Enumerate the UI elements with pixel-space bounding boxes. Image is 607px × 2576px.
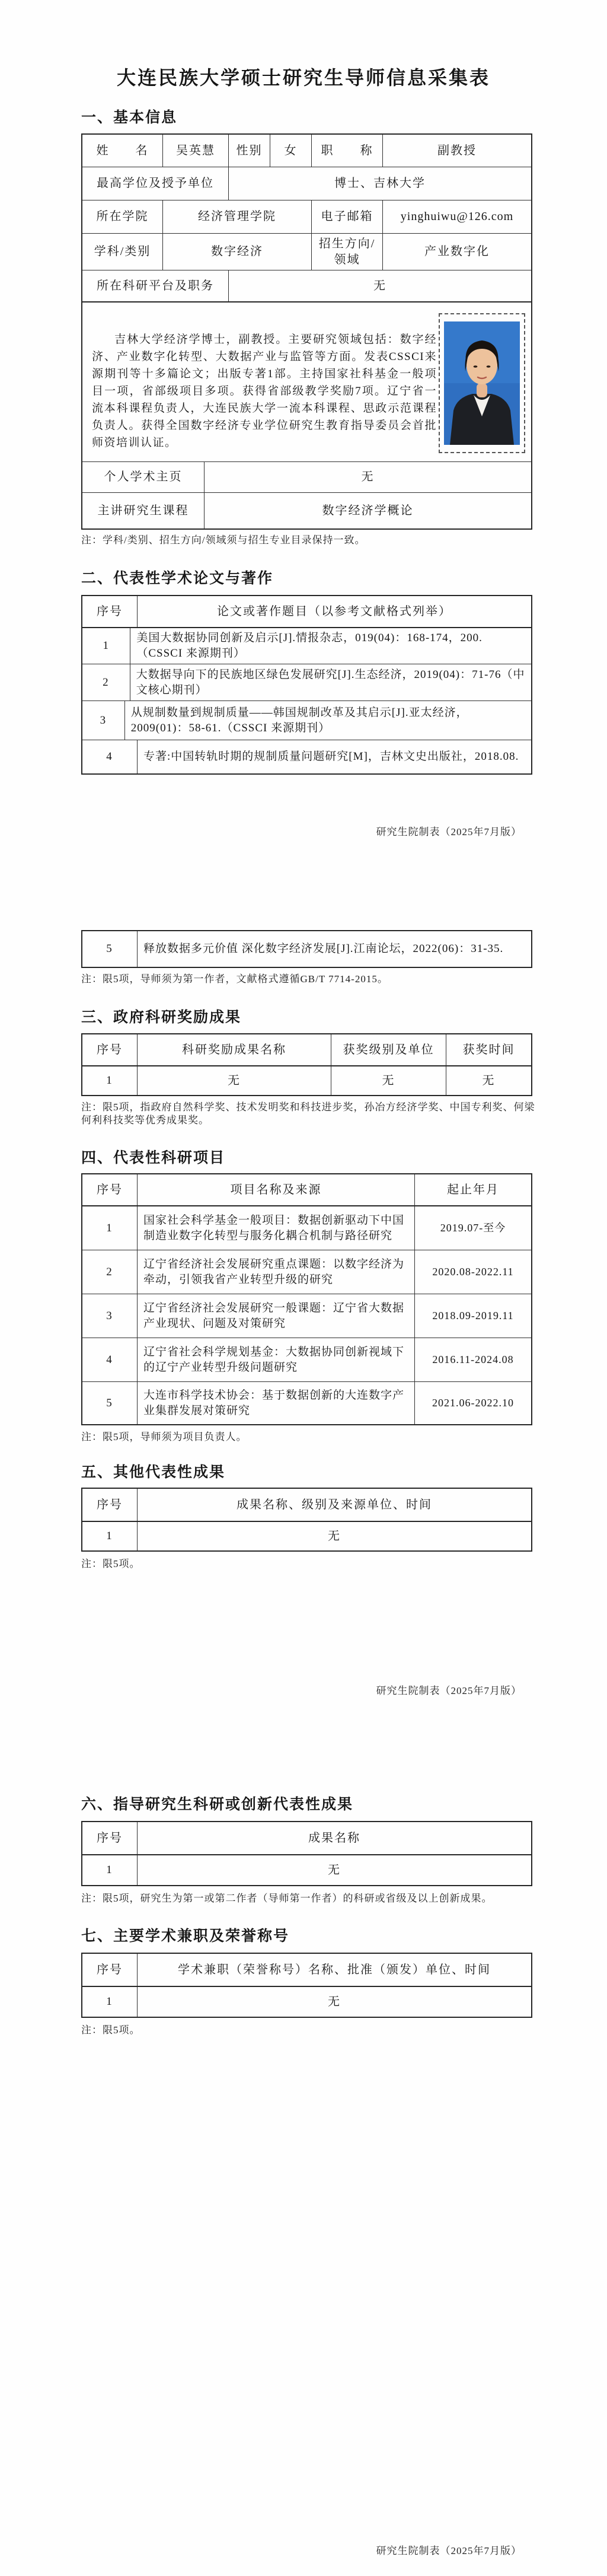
project-no: 5 [82,1382,137,1424]
table-row: 学科/类别 数字经济 招生方向/领域 产业数字化 [82,233,531,270]
gender-value: 女 [270,135,311,167]
other-name: 无 [137,1522,531,1550]
table-row: 1 无 [82,1986,531,2017]
papers-note: 注：限5项，导师须为第一作者，文献格式遵循GB/T 7714-2015。 [81,973,538,986]
degree-label: 最高学位及授予单位 [82,167,228,200]
projects-col-name: 项目名称及来源 [137,1174,414,1205]
homepage-label: 个人学术主页 [82,462,204,492]
email-value: yinghuiwu@126.com [382,200,531,233]
homepage-value: 无 [204,462,531,492]
degree-value: 博士、吉林大学 [228,167,531,200]
paper-no: 3 [82,701,124,740]
table-header-row: 序号 成果名称 [82,1822,531,1854]
honors-table: 序号 学术兼职（荣誉称号）名称、批准（颁发）单位、时间 1 无 [81,1953,532,2018]
section-heading-projects: 四、代表性科研项目 [81,1146,544,1167]
courses-value: 数字经济学概论 [204,493,531,528]
table-row: 姓 名 吴英慧 性别 女 职 称 副教授 [82,135,531,167]
section-heading-student-achievements: 六、指导研究生科研或创新代表性成果 [81,1792,544,1814]
direction-value: 产业数字化 [382,234,531,270]
page-footer: 研究生院制表（2025年7月版） [273,823,522,838]
gender-label: 性别 [228,135,270,167]
platform-label: 所在科研平台及职务 [82,270,228,301]
awards-col-name: 科研奖励成果名称 [137,1034,331,1065]
table-row: 4 辽宁省社会科学规划基金：大数据协同创新视域下的辽宁产业转型升级问题研究 20… [82,1338,531,1381]
student-row-no: 1 [82,1855,137,1885]
paper-title: 从规制数量到规制质量——韩国规制改革及其启示[J].亚太经济，2009(01)：… [124,701,531,740]
project-no: 2 [82,1250,137,1294]
table-row: 1 国家社会科学基金一般项目：数据创新驱动下中国制造业数字化转型与服务化耦合机制… [82,1205,531,1250]
advisor-info-form-document: 大连民族大学硕士研究生导师信息采集表 一、基本信息 姓 名 吴英慧 性别 女 职… [0,0,607,2576]
awards-note: 注：限5项，指政府自然科学奖、技术发明奖和科技进步奖，孙冶方经济学奖、中国专利奖… [81,1101,538,1127]
photo-frame [439,313,525,453]
honors-col-name: 学术兼职（荣誉称号）名称、批准（颁发）单位、时间 [137,1954,531,1986]
papers-col-no: 序号 [82,596,137,627]
paper-no: 4 [82,740,137,773]
award-level: 无 [331,1066,446,1095]
paper-no: 5 [82,931,137,967]
honor-row-no: 1 [82,1987,137,2017]
table-header-row: 序号 科研奖励成果名称 获奖级别及单位 获奖时间 [82,1034,531,1065]
projects-col-period: 起止年月 [414,1174,531,1205]
advisor-photo [444,321,520,445]
project-name: 国家社会科学基金一般项目：数据创新驱动下中国制造业数字化转型与服务化耦合机制与路… [137,1206,414,1250]
others-col-name: 成果名称、级别及来源单位、时间 [137,1489,531,1521]
table-row: 5 大连市科学技术协会：基于数据创新的大连数字产业集群发展对策研究 2021.0… [82,1381,531,1424]
name-label: 姓 名 [82,135,162,167]
table-row: 3 辽宁省经济社会发展研究一般课题：辽宁省大数据产业现状、问题及对策研究 201… [82,1294,531,1338]
page-footer: 研究生院制表（2025年7月版） [273,2542,522,2557]
college-label: 所在学院 [82,200,162,233]
table-header-row: 序号 学术兼职（荣誉称号）名称、批准（颁发）单位、时间 [82,1954,531,1986]
awards-col-level: 获奖级别及单位 [331,1034,446,1065]
honors-col-no: 序号 [82,1954,137,1986]
paper-title: 大数据导向下的民族地区绿色发展研究[J].生态经济，2019(04)：71-76… [130,664,531,700]
table-row: 1 无 [82,1854,531,1885]
other-no: 1 [82,1522,137,1550]
table-row: 最高学位及授予单位 博士、吉林大学 [82,167,531,200]
honor-row-name: 无 [137,1987,531,2017]
projects-table: 序号 项目名称及来源 起止年月 1 国家社会科学基金一般项目：数据创新驱动下中国… [81,1173,532,1425]
student-row-name: 无 [137,1855,531,1885]
project-name: 辽宁省经济社会发展研究重点课题：以数字经济为牵动，引领我省产业转型升级的研究 [137,1250,414,1294]
bio-row: 吉林大学经济学博士，副教授。主要研究领域包括：数字经济、产业数字化转型、大数据产… [82,301,531,461]
section-heading-papers: 二、代表性学术论文与著作 [81,566,544,588]
discipline-value: 数字经济 [162,234,311,270]
projects-col-no: 序号 [82,1174,137,1205]
project-period: 2016.11-2024.08 [414,1338,531,1381]
email-label: 电子邮箱 [311,200,382,233]
project-period: 2021.06-2022.10 [414,1382,531,1424]
table-header-row: 序号 项目名称及来源 起止年月 [82,1174,531,1205]
project-period: 2019.07-至今 [414,1206,531,1250]
title-value: 副教授 [382,135,531,167]
table-row: 1 无 [82,1521,531,1550]
award-time: 无 [446,1066,531,1095]
table-row: 2 大数据导向下的民族地区绿色发展研究[J].生态经济，2019(04)：71-… [82,664,531,700]
project-name: 辽宁省社会科学规划基金：大数据协同创新视域下的辽宁产业转型升级问题研究 [137,1338,414,1381]
project-name: 大连市科学技术协会：基于数据创新的大连数字产业集群发展对策研究 [137,1382,414,1424]
basic-info-table: 姓 名 吴英慧 性别 女 职 称 副教授 最高学位及授予单位 博士、吉林大学 所… [81,133,532,530]
courses-label: 主讲研究生课程 [82,493,204,528]
name-value: 吴英慧 [162,135,228,167]
project-name: 辽宁省经济社会发展研究一般课题：辽宁省大数据产业现状、问题及对策研究 [137,1294,414,1338]
student-achievements-note: 注：限5项，研究生为第一或第二作者（导师第一作者）的科研或省级及以上创新成果。 [81,1892,538,1905]
papers-col-title: 论文或著作题目（以参考文献格式列举） [137,596,531,627]
project-no: 1 [82,1206,137,1250]
project-no: 3 [82,1294,137,1338]
table-row: 1 美国大数据协同创新及启示[J].情报杂志，019(04)：168-174，2… [82,627,531,664]
section-heading-others: 五、其他代表性成果 [81,1460,544,1482]
project-no: 4 [82,1338,137,1381]
others-note: 注：限5项。 [81,1558,538,1571]
paper-title: 释放数据多元价值 深化数字经济发展[J].江南论坛，2022(06)：31-35… [137,931,531,967]
direction-label: 招生方向/领域 [311,234,382,270]
project-period: 2018.09-2019.11 [414,1294,531,1338]
college-value: 经济管理学院 [162,200,311,233]
award-no: 1 [82,1066,137,1095]
paper-no: 1 [82,628,130,664]
award-name: 无 [137,1066,331,1095]
section-heading-honors: 七、主要学术兼职及荣誉称号 [81,1924,544,1945]
paper-title: 美国大数据协同创新及启示[J].情报杂志，019(04)：168-174，200… [130,628,531,664]
project-period: 2020.08-2022.11 [414,1250,531,1294]
honors-note: 注：限5项。 [81,2024,538,2037]
student-col-no: 序号 [82,1822,137,1854]
advisor-bio-text: 吉林大学经济学博士，副教授。主要研究领域包括：数字经济、产业数字化转型、大数据产… [92,331,437,451]
table-row: 5 释放数据多元价值 深化数字经济发展[J].江南论坛，2022(06)：31-… [82,931,531,967]
table-header-row: 序号 成果名称、级别及来源单位、时间 [82,1489,531,1521]
basic-info-note: 注：学科/类别、招生方向/领域须与招生专业目录保持一致。 [81,534,538,547]
table-row: 1 无 无 无 [82,1065,531,1095]
papers-table-continued: 5 释放数据多元价值 深化数字经济发展[J].江南论坛，2022(06)：31-… [81,930,532,968]
awards-col-no: 序号 [82,1034,137,1065]
title-label: 职 称 [311,135,382,167]
table-row: 所在学院 经济管理学院 电子邮箱 yinghuiwu@126.com [82,200,531,233]
others-table: 序号 成果名称、级别及来源单位、时间 1 无 [81,1488,532,1552]
table-row: 4 专著:中国转轨时期的规制质量问题研究[M]，吉林文史出版社，2018.08. [82,740,531,773]
discipline-label: 学科/类别 [82,234,162,270]
document-title: 大连民族大学硕士研究生导师信息采集表 [0,63,607,90]
page-footer: 研究生院制表（2025年7月版） [273,1682,522,1697]
table-header-row: 序号 论文或著作题目（以参考文献格式列举） [82,596,531,627]
bio-cell: 吉林大学经济学博士，副教授。主要研究领域包括：数字经济、产业数字化转型、大数据产… [82,303,531,461]
paper-title: 专著:中国转轨时期的规制质量问题研究[M]，吉林文史出版社，2018.08. [137,740,531,773]
table-row: 3 从规制数量到规制质量——韩国规制改革及其启示[J].亚太经济，2009(01… [82,700,531,740]
awards-col-time: 获奖时间 [446,1034,531,1065]
section-heading-awards: 三、政府科研奖励成果 [81,1005,544,1027]
student-achievements-table: 序号 成果名称 1 无 [81,1821,532,1886]
others-col-no: 序号 [82,1489,137,1521]
table-row: 所在科研平台及职务 无 [82,270,531,301]
awards-table: 序号 科研奖励成果名称 获奖级别及单位 获奖时间 1 无 无 无 [81,1033,532,1096]
paper-no: 2 [82,664,130,700]
table-row: 主讲研究生课程 数字经济学概论 [82,492,531,528]
section-heading-basic-info: 一、基本信息 [81,106,544,127]
papers-table: 序号 论文或著作题目（以参考文献格式列举） 1 美国大数据协同创新及启示[J].… [81,595,532,775]
projects-note: 注：限5项，导师须为项目负责人。 [81,1431,538,1444]
table-row: 个人学术主页 无 [82,461,531,492]
student-col-name: 成果名称 [137,1822,531,1854]
platform-value: 无 [228,270,531,301]
table-row: 2 辽宁省经济社会发展研究重点课题：以数字经济为牵动，引领我省产业转型升级的研究… [82,1250,531,1294]
